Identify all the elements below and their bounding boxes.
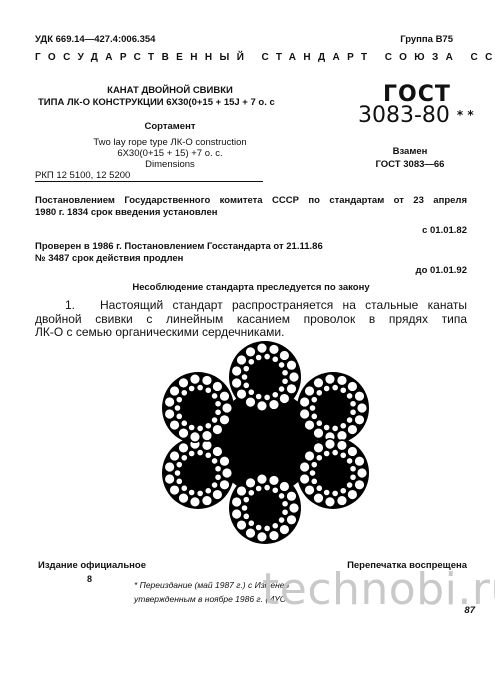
gost-stars: * * — [457, 108, 474, 122]
title-line-2: ТИПА ЛК-О КОНСТРУКЦИИ 6Х30(0+15 + 15J + … — [38, 97, 305, 109]
replaces-value: ГОСТ 3083—66 — [350, 158, 470, 171]
sortament-label: Сортамент — [35, 121, 305, 132]
title-line-1: КАНАТ ДВОЙНОЙ СВИВКИ — [35, 85, 305, 97]
document-title: КАНАТ ДВОЙНОЙ СВИВКИ ТИПА ЛК-О КОНСТРУКЦ… — [35, 85, 305, 109]
extended-date: до 01.01.92 — [416, 265, 467, 276]
edition-mark: 8 — [87, 574, 92, 584]
watermark: technobi.ru — [262, 564, 495, 615]
english-title: Two lay rope type ЛК-О construction 6Х30… — [35, 137, 305, 170]
english-title-line-1: Two lay rope type ЛК-О construction — [35, 137, 305, 148]
checked-line-1: Проверен в 1986 г. Постановлением Госста… — [35, 241, 323, 253]
paragraph-1-line-2: двойной свивки с линейным касанием прово… — [35, 313, 467, 327]
paragraph-1-line-1: 1.Настоящий стандарт распространяется на… — [35, 299, 467, 313]
udk-code: УДК 669.14—427.4:006.354 — [35, 34, 155, 45]
nonconformity-notice: Несоблюдение стандарта преследуется по з… — [35, 282, 467, 293]
rkp-code: РКП 12 5100, 12 5200 — [35, 170, 130, 181]
checked-line-2: № 3487 срок действия продлен — [35, 253, 323, 265]
page-number: 87 — [464, 605, 475, 616]
state-standard-heading: ГОСУДАРСТВЕННЫЙ СТАНДАРТ СОЮЗА ССР — [35, 52, 495, 63]
rkp-divider — [35, 181, 263, 182]
paragraph-1-line-1-text: Настоящий стандарт распространяется на с… — [100, 298, 467, 312]
gost-number-value: 3083-80 — [358, 103, 450, 128]
replaces-label: Взамен — [350, 145, 470, 158]
paragraph-number: 1. — [65, 298, 75, 312]
replaces-block: Взамен ГОСТ 3083—66 — [350, 145, 470, 171]
checked-text: Проверен в 1986 г. Постановлением Госста… — [35, 241, 323, 265]
decree-text: Постановлением Государственного комитета… — [35, 195, 467, 219]
decree-line-1: Постановлением Государственного комитета… — [35, 195, 467, 207]
gost-number: 3083-80 * * — [358, 103, 474, 128]
group-code: Группа В75 — [400, 34, 453, 45]
decree-line-2: 1980 г. 1834 срок введения установлен — [35, 207, 217, 218]
english-title-line-2: 6Х30(0+15 + 15) +7 о. с. — [35, 148, 305, 159]
effective-date: с 01.01.82 — [422, 225, 467, 236]
rope-cross-section-diagram — [160, 337, 380, 545]
english-title-line-3: Dimensions — [35, 159, 305, 170]
paragraph-1: 1.Настоящий стандарт распространяется на… — [35, 299, 467, 340]
official-edition-label: Издание официальное — [38, 560, 146, 571]
